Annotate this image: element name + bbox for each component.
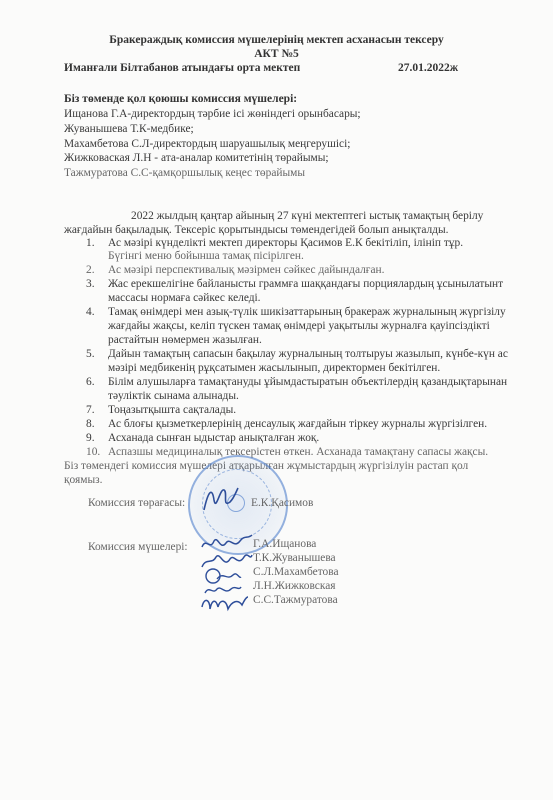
signatory-name: Г.А.Ищанова: [253, 538, 316, 550]
finding-item-cont: массасы нормаға сәйкес келеді.: [108, 292, 261, 304]
closing-text: қоямыз.: [64, 474, 102, 486]
intro-text: 2022 жылдың қаңтар айының 27 күні мектеп…: [131, 210, 483, 222]
finding-item-cont: жағдайы жақсы, келіп түскен тамақ өнімде…: [108, 320, 490, 332]
school-name: Иманғали Білтабанов атындағы орта мектеп: [64, 62, 300, 74]
finding-item: 8.Ас блоғы қызметкерлерінің денсаулық жа…: [86, 418, 487, 430]
finding-item-cont: растайтын нөмермен жазылған.: [108, 334, 262, 346]
chair-signature-icon: [200, 482, 240, 516]
member-line: Махамбетова С.Л-директордың шаруашылық м…: [64, 138, 350, 150]
signatory-name: С.С.Тажмуратова: [253, 594, 338, 606]
finding-item: 5.Дайын тамақтың сапасын бақылау журналы…: [86, 348, 508, 360]
signature-5-icon: [200, 595, 250, 613]
document-title: Бракераждық комиссия мүшелерінің мектеп …: [0, 34, 553, 46]
finding-item: 3.Жас ерекшелігіне байланысты граммға ша…: [86, 278, 503, 290]
members-heading: Біз төменде қол қоюшы комиссия мүшелері:: [64, 93, 297, 105]
intro-text: жағдайын бақыладық. Тексеріс қорытындысы…: [64, 224, 448, 236]
document-date: 27.01.2022ж: [398, 62, 458, 74]
finding-item: 1.Ас мәзірі күнделікті мектеп директоры …: [86, 237, 463, 249]
finding-item-cont: Бүгінгі меню бойынша тамақ пісірілген.: [108, 250, 304, 262]
finding-item: 7.Тоңазытқышта сақталады.: [86, 404, 236, 416]
act-number: АКТ №5: [0, 48, 553, 60]
finding-item: 9.Асханада сынған ыдыстар анықталған жоқ…: [86, 432, 319, 444]
chair-label: Комиссия төрағасы:: [88, 497, 185, 509]
member-line: Жижковаская Л.Н - ата-аналар комитетінің…: [64, 152, 329, 164]
members-label: Комиссия мүшелері:: [88, 541, 188, 553]
finding-item: 6.Білім алушыларға тамақтануды ұйымдасты…: [86, 376, 507, 388]
signatory-name: Т.К.Жуванышева: [253, 552, 336, 564]
finding-item: 2.Ас мәзірі перспективалық мәзірмен сәйк…: [86, 264, 384, 276]
finding-item-cont: тәуліктік сынама алынады.: [108, 390, 239, 402]
finding-item: 10.Аспазшы медициналық тексерістен өткен…: [86, 446, 488, 458]
chair-name: Е.К.Қасимов: [251, 497, 313, 509]
finding-item-cont: мәзірі медбикенің рұқсатымен жасылынып, …: [108, 362, 440, 374]
member-line: Ищанова Г.А-директордың тәрбие ісі жөнін…: [64, 108, 361, 120]
scanned-document-page: Бракераждық комиссия мүшелерінің мектеп …: [0, 0, 553, 800]
finding-item: 4.Тамақ өнімдері мен азық-түлік шикізатт…: [86, 306, 506, 318]
member-line: Тажмуратова С.С-қамқоршылық кеңес төрайы…: [64, 167, 305, 179]
signatory-name: Л.Н.Жижковская: [253, 580, 336, 592]
member-line: Жуванышева Т.К-медбике;: [64, 123, 194, 135]
signatory-name: С.Л.Махамбетова: [253, 566, 339, 578]
